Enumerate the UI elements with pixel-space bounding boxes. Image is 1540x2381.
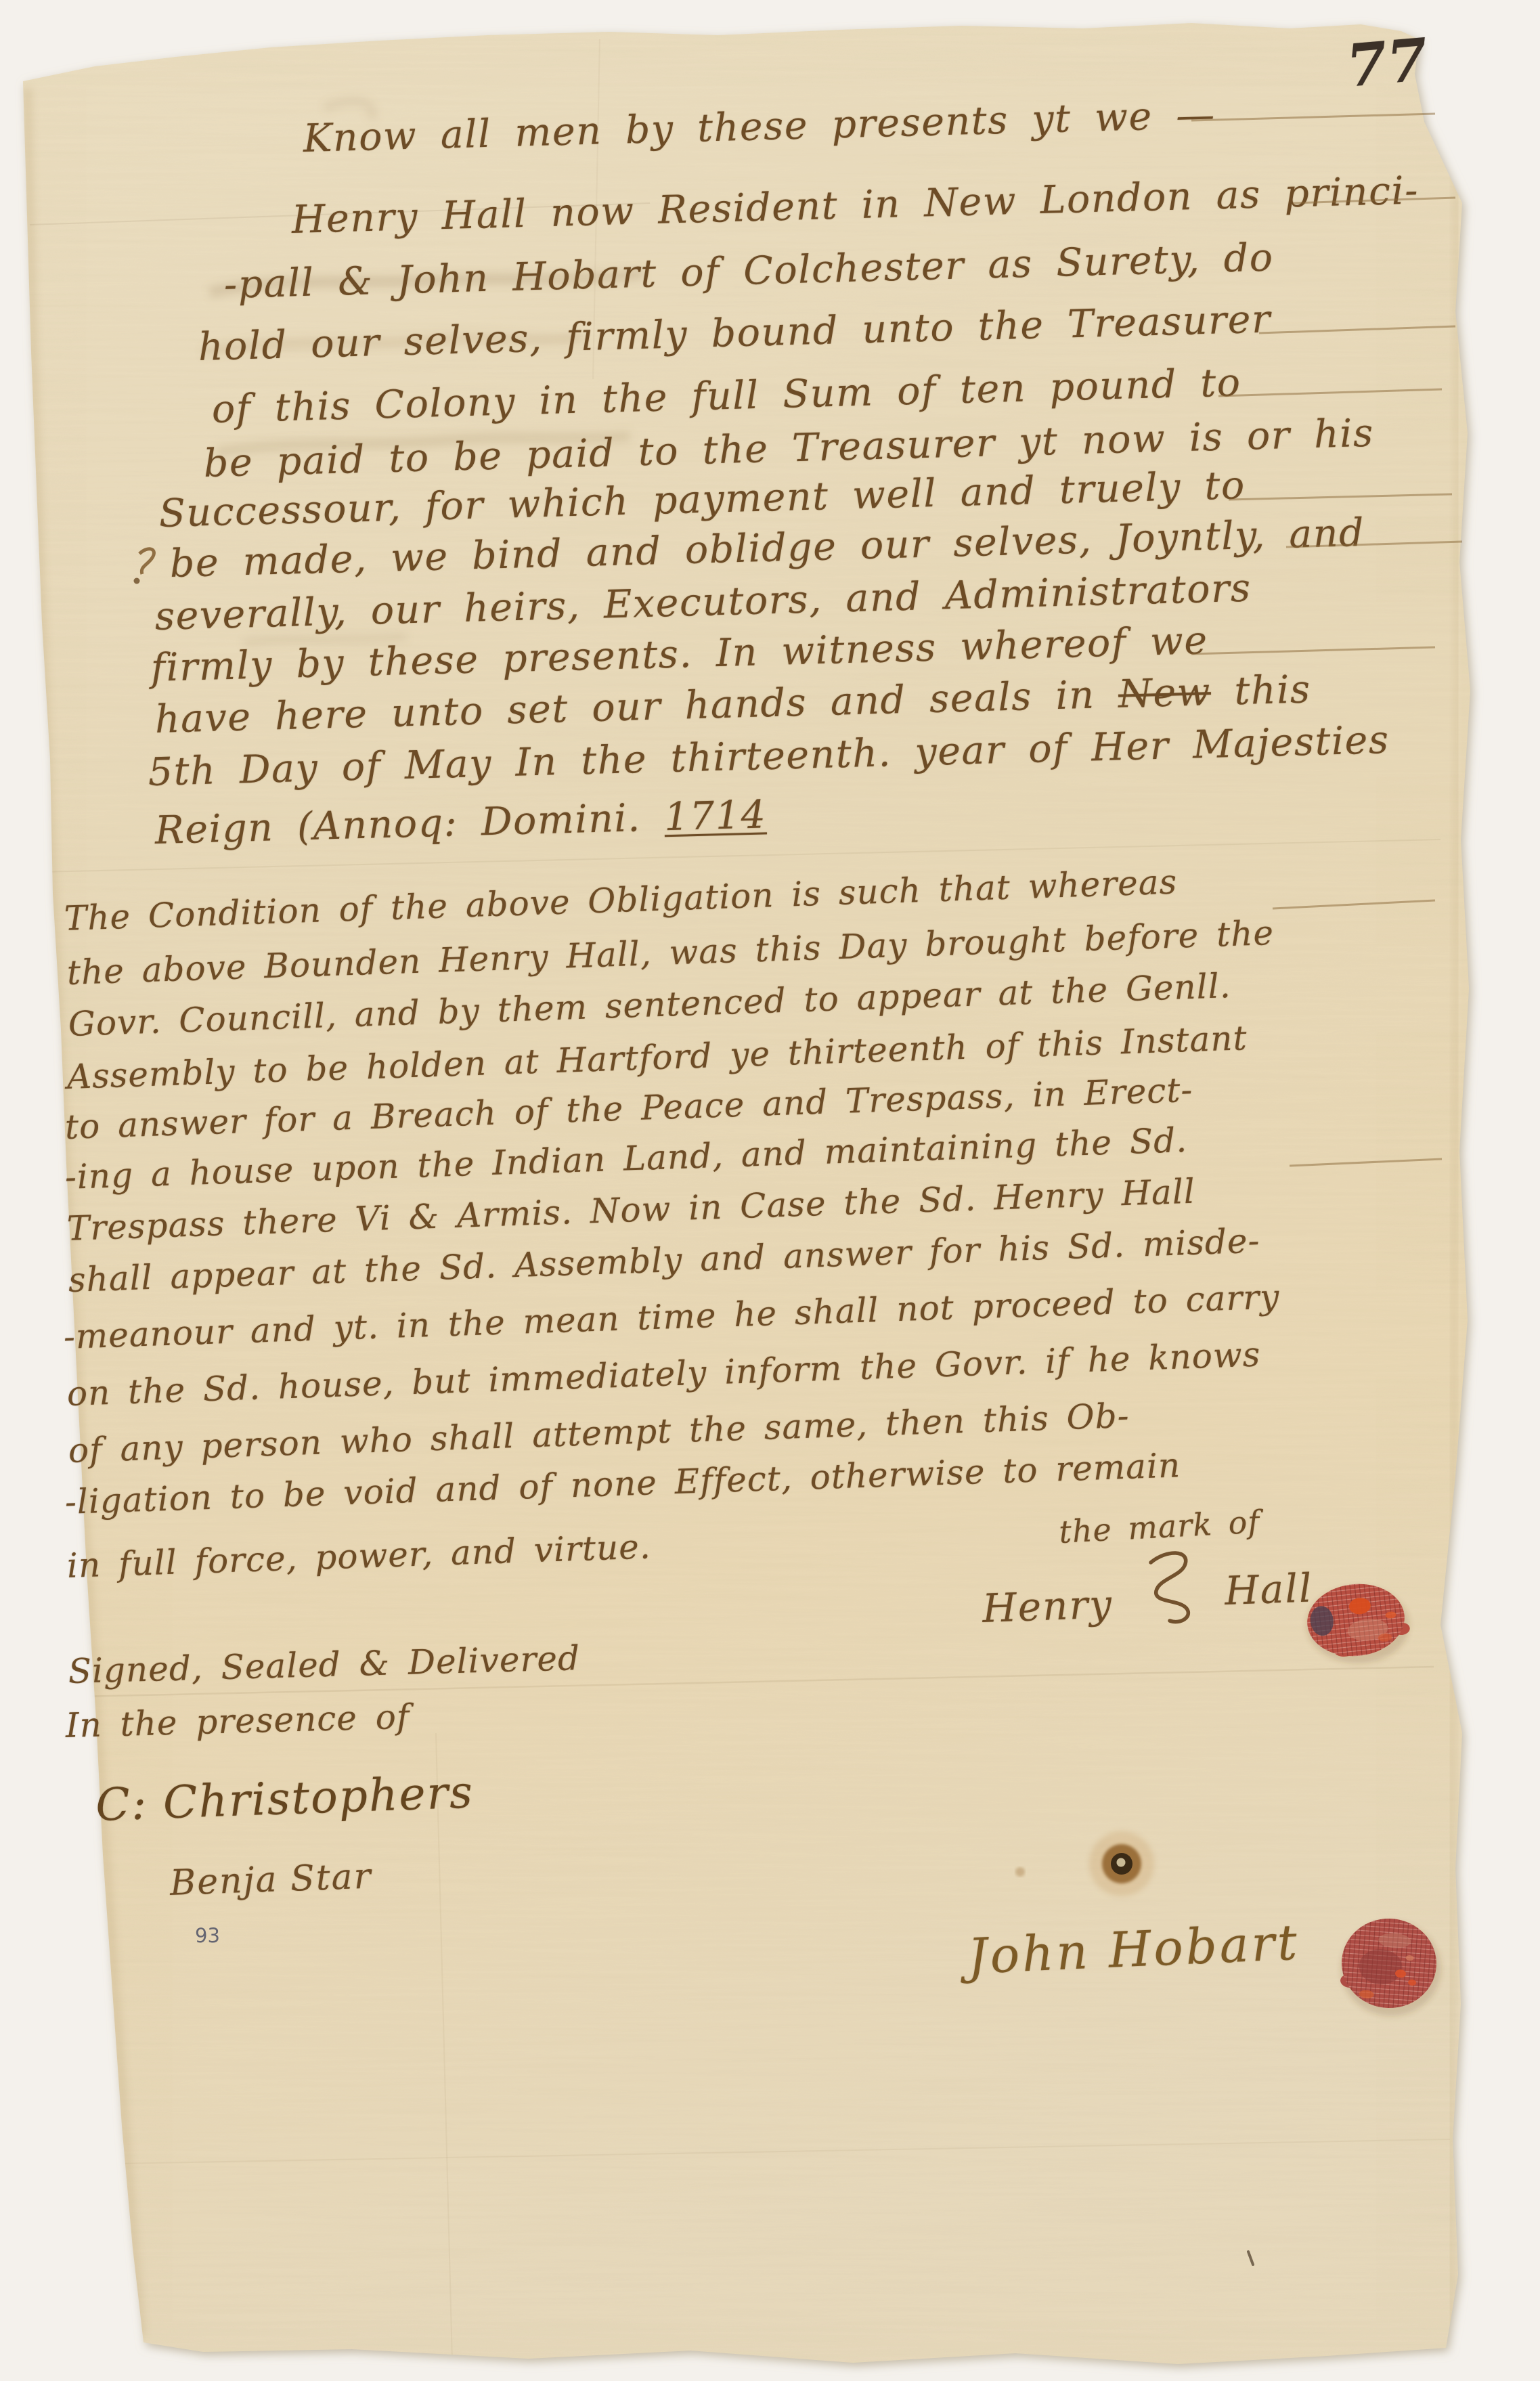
wax-seal-hall: [1304, 1579, 1412, 1663]
wax-seal-hobart: [1339, 1915, 1441, 2016]
line-end-flourishes: [1191, 114, 1462, 1166]
margin-ink-blot: [134, 549, 154, 584]
ink-overlay-layer: [0, 0, 1540, 2381]
henry-hall-mark: [1151, 1553, 1188, 1622]
small-ink-speck: [1248, 2252, 1253, 2265]
manuscript-scan: 77 Know all men by these presents yt we …: [0, 0, 1540, 2381]
burn-stain: [1015, 1831, 1154, 1896]
